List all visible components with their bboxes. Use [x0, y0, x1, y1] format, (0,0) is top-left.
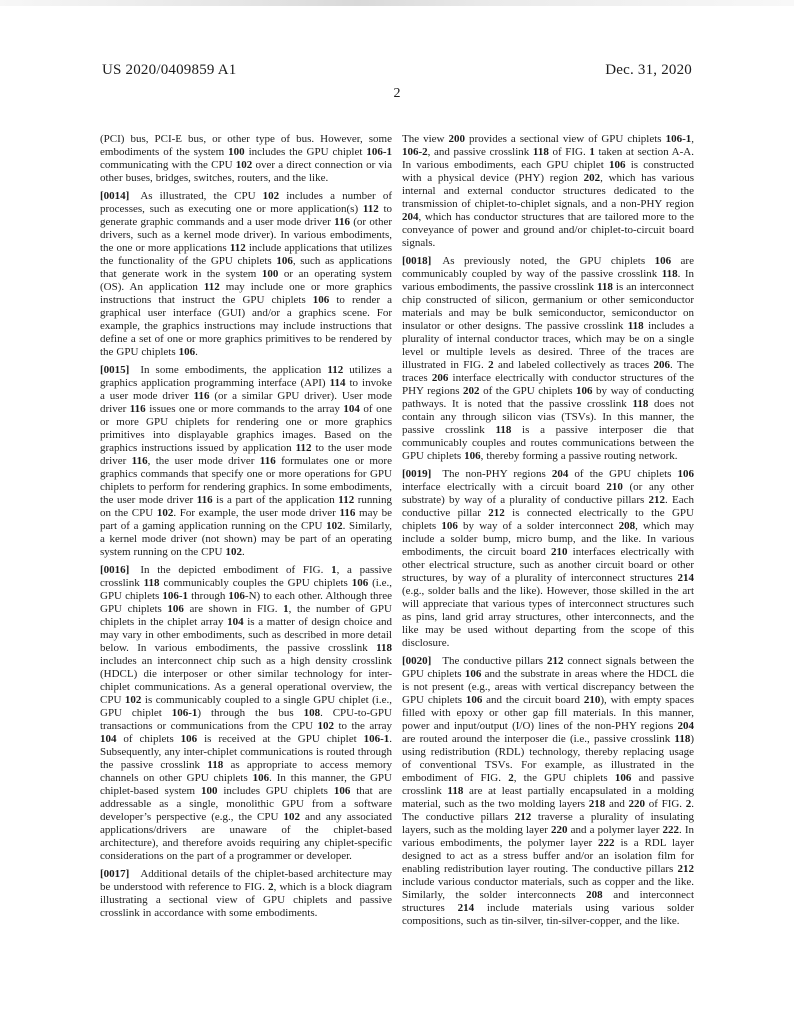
text-columns: (PCI) bus, PCI-E bus, or other type of b…	[0, 102, 794, 933]
publication-number: US 2020/0409859 A1	[102, 62, 236, 79]
paragraph: [0016] In the depicted embodiment of FIG…	[100, 564, 392, 863]
paragraph: [0017] Additional details of the chiplet…	[100, 868, 392, 920]
right-column: The view 200 provides a sectional view o…	[402, 133, 694, 933]
paragraph: (PCI) bus, PCI-E bus, or other type of b…	[100, 133, 392, 185]
patent-page: US 2020/0409859 A1 Dec. 31, 2020 2 (PCI)…	[0, 0, 794, 1024]
scan-artifact-top	[0, 0, 794, 6]
page-number: 2	[0, 86, 794, 102]
paragraph: [0019] The non-PHY regions 204 of the GP…	[402, 468, 694, 650]
paragraph: [0020] The conductive pillars 212 connec…	[402, 655, 694, 928]
left-column: (PCI) bus, PCI-E bus, or other type of b…	[100, 133, 392, 933]
paragraph: The view 200 provides a sectional view o…	[402, 133, 694, 250]
paragraph: [0014] As illustrated, the CPU 102 inclu…	[100, 190, 392, 359]
publication-date: Dec. 31, 2020	[605, 62, 692, 79]
paragraph: [0015] In some embodiments, the applicat…	[100, 364, 392, 559]
paragraph: [0018] As previously noted, the GPU chip…	[402, 255, 694, 463]
page-header: US 2020/0409859 A1 Dec. 31, 2020	[0, 0, 794, 79]
